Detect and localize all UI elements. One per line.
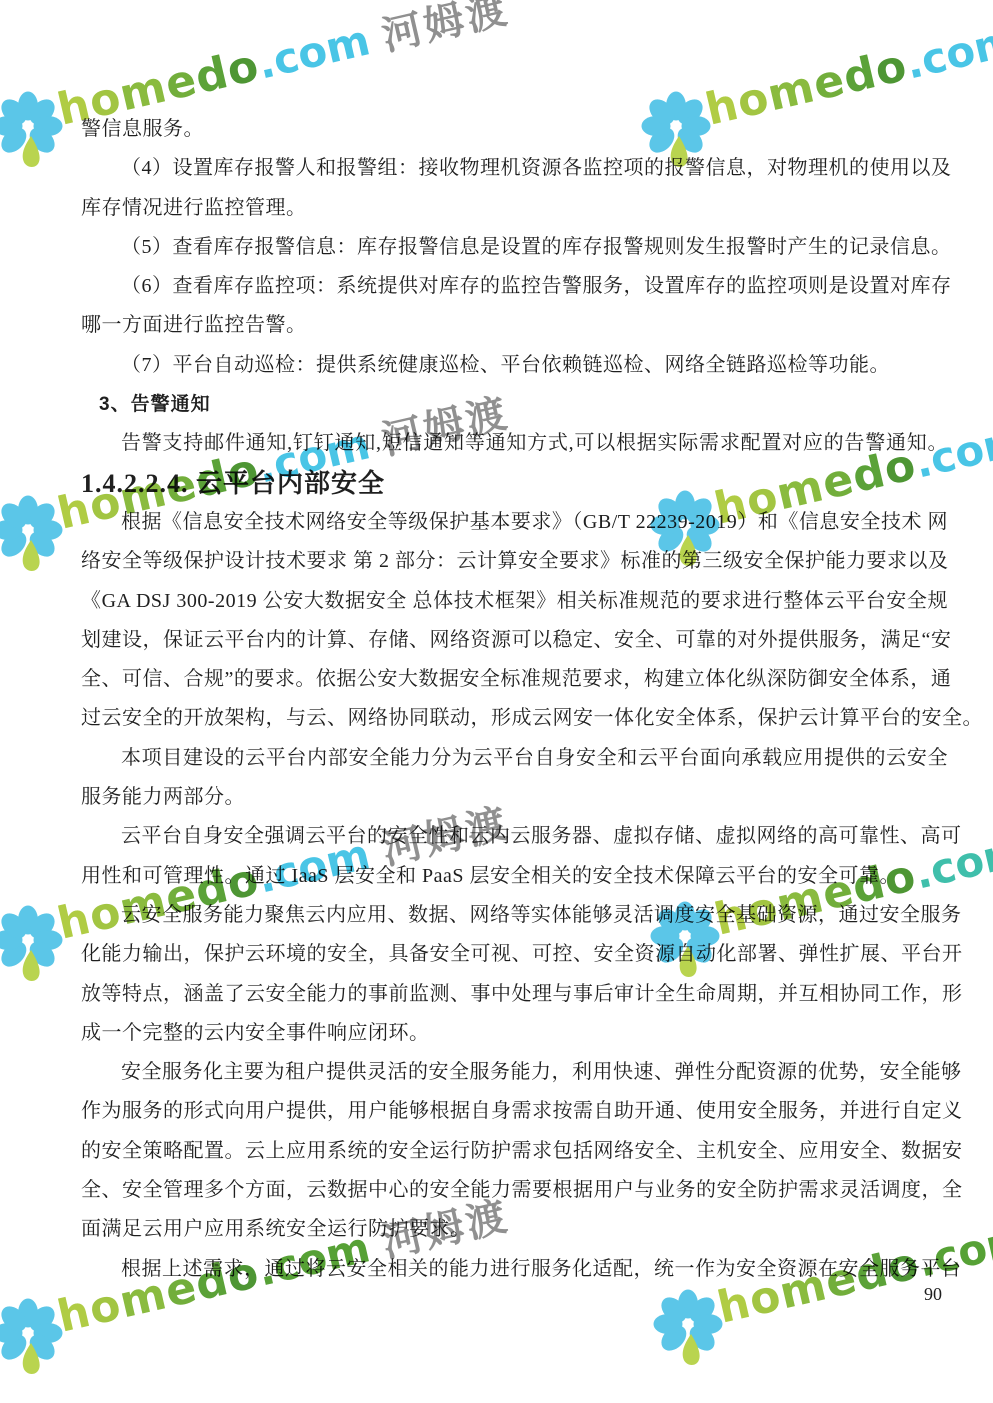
- text-line: （6）查看库存监控项：系统提供对库存的监控告警服务，设置库存的监控项则是设置对库…: [81, 267, 948, 306]
- sub-heading: 3、告警通知: [81, 385, 948, 424]
- watermark-tld-text: .com: [901, 15, 993, 88]
- text-line: 的安全策略配置。云上应用系统的安全运行防护需求包括网络安全、主机安全、应用安全、…: [81, 1132, 948, 1171]
- homedo-flower-logo-icon: [0, 494, 66, 580]
- text-line: 全、安全管理多个方面，云数据中心的安全能力需要根据用户与业务的安全防护需求灵活调…: [81, 1171, 948, 1210]
- text-line: 面满足云用户应用系统安全运行防护要求。: [81, 1210, 948, 1249]
- homedo-flower-logo-icon: [0, 904, 66, 990]
- text-line: 用性和可管理性。通过 IaaS 层安全和 PaaS 层安全相关的安全技术保障云平…: [81, 857, 948, 896]
- text-line: 库存情况进行监控管理。: [81, 189, 948, 228]
- text-line: 警信息服务。: [81, 110, 948, 149]
- text-line: 《GA DSJ 300-2019 公安大数据安全 总体技术框架》相关标准规范的要…: [81, 582, 948, 621]
- text-line: 过云安全的开放架构，与云、网络协同联动，形成云网安一体化安全体系，保护云计算平台…: [81, 699, 948, 738]
- document-page: 警信息服务。（4）设置库存报警人和报警组：接收物理机资源各监控项的报警信息，对物…: [0, 0, 993, 1403]
- watermark-tld-text: .com: [253, 15, 375, 88]
- watermark-cjk-text: 河姆渡: [378, 0, 514, 60]
- text-line: 络安全等级保护设计技术要求 第 2 部分：云计算安全要求》标准的第三级安全保护能…: [81, 542, 948, 581]
- text-line: 告警支持邮件通知,钉钉通知,短信通知等通知方式,可以根据实际需求配置对应的告警通…: [81, 424, 948, 463]
- text-line: 服务能力两部分。: [81, 778, 948, 817]
- homedo-flower-logo-icon: [0, 90, 66, 176]
- homedo-flower-logo-icon: [0, 1297, 66, 1383]
- text-line: （7）平台自动巡检：提供系统健康巡检、平台依赖链巡检、网络全链路巡检等功能。: [81, 346, 948, 385]
- text-line: 划建设，保证云平台内的计算、存储、网络资源可以稳定、安全、可靠的对外提供服务，满…: [81, 621, 948, 660]
- text-line: 根据《信息安全技术网络安全等级保护基本要求》（GB/T 22239-2019）和…: [81, 503, 948, 542]
- text-line: 安全服务化主要为租户提供灵活的安全服务能力，利用快速、弹性分配资源的优势，安全能…: [81, 1053, 948, 1092]
- text-line: 哪一方面进行监控告警。: [81, 306, 948, 345]
- text-line: 云平台自身安全强调云平台的安全性和云内云服务器、虚拟存储、虚拟网络的高可靠性、高…: [81, 817, 948, 856]
- text-line: 成一个完整的云内安全事件响应闭环。: [81, 1014, 948, 1053]
- text-line: （5）查看库存报警信息：库存报警信息是设置的库存报警规则发生报警时产生的记录信息…: [81, 228, 948, 267]
- text-line: 全、可信、合规”的要求。依据公安大数据安全标准规范要求，构建立体化纵深防御安全体…: [81, 660, 948, 699]
- text-line: 化能力输出，保护云环境的安全，具备安全可视、可控、安全资源自动化部署、弹性扩展、…: [81, 935, 948, 974]
- document-body: 警信息服务。（4）设置库存报警人和报警组：接收物理机资源各监控项的报警信息，对物…: [81, 110, 948, 1289]
- text-line: 云安全服务能力聚焦云内应用、数据、网络等实体能够灵活调度安全基础资源，通过安全服…: [81, 896, 948, 935]
- section-heading: 1.4.2.2.4. 云平台内部安全: [81, 464, 948, 503]
- homedo-flower-logo-icon: [650, 1288, 726, 1374]
- text-line: （4）设置库存报警人和报警组：接收物理机资源各监控项的报警信息，对物理机的使用以…: [81, 149, 948, 188]
- text-line: 根据上述需求，通过将云安全相关的能力进行服务化适配，统一作为安全资源在安全服务平…: [81, 1250, 948, 1289]
- text-line: 放等特点，涵盖了云安全能力的事前监测、事中处理与事后审计全生命周期，并互相协同工…: [81, 975, 948, 1014]
- text-line: 本项目建设的云平台内部安全能力分为云平台自身安全和云平台面向承载应用提供的云安全: [81, 739, 948, 778]
- page-number: 90: [924, 1284, 942, 1305]
- text-line: 作为服务的形式向用户提供，用户能够根据自身需求按需自助开通、使用安全服务，并进行…: [81, 1092, 948, 1131]
